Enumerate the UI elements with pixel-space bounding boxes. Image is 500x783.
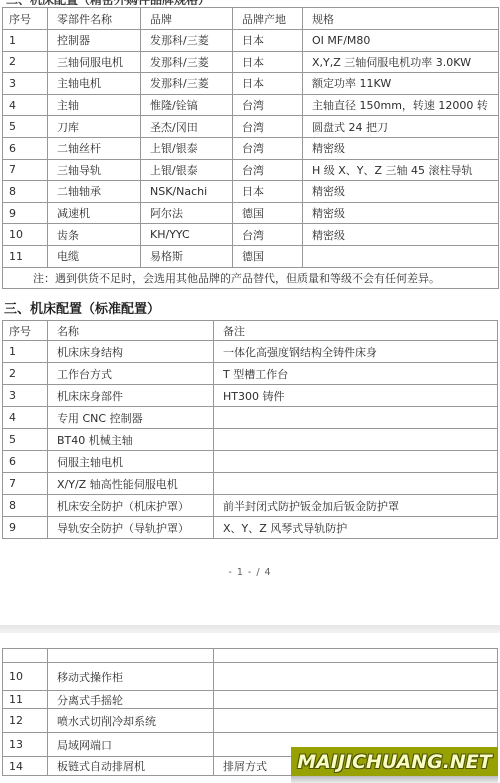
page-separator — [0, 625, 500, 633]
table-cell: BT40 机械主轴 — [48, 429, 214, 451]
table-cell: 台湾 — [233, 224, 303, 246]
watermark-text: MAIJICHUANG.NET — [297, 751, 492, 773]
table-cell: 机床床身结构 — [48, 341, 214, 363]
table-cell: 主轴直径 150mm，转速 12000 转 — [303, 94, 499, 116]
table-cell: 12 — [3, 709, 48, 733]
table-cell: 精密级 — [303, 137, 499, 159]
table-cell: 4 — [3, 407, 48, 429]
table-cell: 二轴丝杆 — [48, 137, 141, 159]
table-cell: 局域网端口 — [48, 733, 214, 757]
table-row: 9导轨安全防护（导轨护罩）X、Y、Z 风琴式导轨防护 — [3, 517, 498, 539]
table-cell: 2 — [3, 51, 48, 73]
table-row: 11电缆易格斯德国 — [3, 245, 499, 267]
table-cell: X、Y、Z 风琴式导轨防护 — [214, 517, 498, 539]
table-row: 8二轴轴承NSK/Nachi日本精密级 — [3, 181, 499, 203]
table-cell — [214, 663, 498, 691]
table-cell: 1 — [3, 341, 48, 363]
table-row: 7三轴导轨上银/银泰台湾H 级 X、Y、Z 三轴 45 滚柱导轨 — [3, 159, 499, 181]
table-cell: 德国 — [233, 202, 303, 224]
table-row: 10移动式操作柜 — [3, 663, 498, 691]
table-row: 2工作台方式T 型槽工作台 — [3, 363, 498, 385]
table-row: 6伺服主轴电机 — [3, 451, 498, 473]
table-cell: 阿尔法 — [141, 202, 233, 224]
table-cell: 三轴导轨 — [48, 159, 141, 181]
table-row: 10齿条KH/YYC台湾精密级 — [3, 224, 499, 246]
table-row: 11分离式手摇轮 — [3, 691, 498, 709]
table-cell: 6 — [3, 451, 48, 473]
column-header: 品牌 — [141, 8, 233, 30]
watermark-shadow — [291, 776, 498, 783]
table-cell: 9 — [3, 202, 48, 224]
table-cell: 10 — [3, 224, 48, 246]
table-cell: 14 — [3, 757, 48, 776]
table-cell: 工作台方式 — [48, 363, 214, 385]
table-row: 12喷水式切削冷却系统 — [3, 709, 498, 733]
watermark-banner: MAIJICHUANG.NET — [291, 747, 498, 776]
table-cell: 10 — [3, 663, 48, 691]
table-cell: 前半封闭式防护钣金加后钣金防护罩 — [214, 495, 498, 517]
table-note-row: 注：遇到供货不足时，会选用其他品牌的产品替代，但质量和等级不会有任何差异。 — [3, 267, 499, 288]
table-row: 3主轴电机发那科/三菱日本额定功率 11KW — [3, 73, 499, 95]
table-cell: 6 — [3, 137, 48, 159]
table-cell: 11 — [3, 691, 48, 709]
table-cell — [214, 709, 498, 733]
table-cell — [214, 473, 498, 495]
table-cell: 精密级 — [303, 224, 499, 246]
table-cell — [3, 649, 48, 663]
table-cell: 11 — [3, 245, 48, 267]
table-cell: 一体化高强度钢结构全铸件床身 — [214, 341, 498, 363]
table-cell: 台湾 — [233, 159, 303, 181]
table-cell: 减速机 — [48, 202, 141, 224]
table-cell: 控制器 — [48, 30, 141, 52]
scanned-document-page: 二、机床配置（精密外购件品牌规格） 序号零部件名称品牌品牌产地规格 1控制器发那… — [0, 0, 500, 783]
table-cell: 日本 — [233, 30, 303, 52]
table-cell: 三轴伺服电机 — [48, 51, 141, 73]
table-cell: 精密级 — [303, 181, 499, 203]
table-row: 1控制器发那科/三菱日本OI MF/M80 — [3, 30, 499, 52]
table-row: 8机床安全防护（机床护罩）前半封闭式防护钣金加后钣金防护罩 — [3, 495, 498, 517]
table-cell — [214, 649, 498, 663]
machine-config-table-body: 1机床床身结构一体化高强度钢结构全铸件床身2工作台方式T 型槽工作台3机床床身部… — [3, 341, 498, 539]
table-cell: 8 — [3, 495, 48, 517]
table-header-row: 序号名称备注 — [3, 321, 498, 341]
table-cell: 上银/银泰 — [141, 137, 233, 159]
table-cell: 德国 — [233, 245, 303, 267]
column-header: 零部件名称 — [48, 8, 141, 30]
column-header: 序号 — [3, 321, 48, 341]
table-cell: 精密级 — [303, 202, 499, 224]
table-row: 1机床床身结构一体化高强度钢结构全铸件床身 — [3, 341, 498, 363]
purchased-parts-table-body: 1控制器发那科/三菱日本OI MF/M802三轴伺服电机发那科/三菱日本X,Y,… — [3, 30, 499, 268]
table-cell: H 级 X、Y、Z 三轴 45 滚柱导轨 — [303, 159, 499, 181]
table-row: 5BT40 机械主轴 — [3, 429, 498, 451]
table-cell — [214, 407, 498, 429]
table-cell: 13 — [3, 733, 48, 757]
table-cell: 板链式自动排屑机 — [48, 757, 214, 776]
table-cell: 1 — [3, 30, 48, 52]
table-cell: 伺服主轴电机 — [48, 451, 214, 473]
table-row: 3机床床身部件HT300 铸件 — [3, 385, 498, 407]
table-cell — [303, 245, 499, 267]
table-cell: 日本 — [233, 73, 303, 95]
table-cell — [214, 451, 498, 473]
table-header-row: 序号零部件名称品牌品牌产地规格 — [3, 8, 499, 30]
table-row: 4专用 CNC 控制器 — [3, 407, 498, 429]
table-cell: 惟隆/铨镐 — [141, 94, 233, 116]
empty-table-row — [3, 649, 498, 663]
table-cell: 机床安全防护（机床护罩） — [48, 495, 214, 517]
table-cell: 5 — [3, 429, 48, 451]
table-cell: 二轴轴承 — [48, 181, 141, 203]
machine-config-table-header: 序号名称备注 — [3, 321, 498, 341]
table-cell: 台湾 — [233, 94, 303, 116]
table-cell: 3 — [3, 385, 48, 407]
table-cell: 喷水式切削冷却系统 — [48, 709, 214, 733]
column-header: 备注 — [214, 321, 498, 341]
purchased-parts-table: 序号零部件名称品牌品牌产地规格 1控制器发那科/三菱日本OI MF/M802三轴… — [2, 7, 499, 289]
table-row: 9减速机阿尔法德国精密级 — [3, 202, 499, 224]
table-cell: 额定功率 11KW — [303, 73, 499, 95]
table-cell: KH/YYC — [141, 224, 233, 246]
table-cell: HT300 铸件 — [214, 385, 498, 407]
table-cell — [214, 691, 498, 709]
table-cell: 齿条 — [48, 224, 141, 246]
table-cell: 9 — [3, 517, 48, 539]
table-cell: 上银/银泰 — [141, 159, 233, 181]
table-cell: 圣杰/冈田 — [141, 116, 233, 138]
column-header: 名称 — [48, 321, 214, 341]
table-cell: 日本 — [233, 181, 303, 203]
table-cell: 台湾 — [233, 137, 303, 159]
table-cell: 发那科/三菱 — [141, 30, 233, 52]
section-title: 三、机床配置（标准配置） — [4, 298, 160, 317]
table-cell: T 型槽工作台 — [214, 363, 498, 385]
table-cell: 5 — [3, 116, 48, 138]
table-cell: 日本 — [233, 51, 303, 73]
purchased-parts-table-header: 序号零部件名称品牌品牌产地规格 — [3, 8, 499, 30]
table-cell: 4 — [3, 94, 48, 116]
table-cell: 导轨安全防护（导轨护罩） — [48, 517, 214, 539]
table-cell: 机床床身部件 — [48, 385, 214, 407]
table-cell: 主轴 — [48, 94, 141, 116]
table-row: 7X/Y/Z 轴高性能伺服电机 — [3, 473, 498, 495]
table-cell: 8 — [3, 181, 48, 203]
table-cell: 3 — [3, 73, 48, 95]
table-cell: 专用 CNC 控制器 — [48, 407, 214, 429]
table-cell: 7 — [3, 473, 48, 495]
table-cell: X,Y,Z 三轴伺服电机功率 3.0KW — [303, 51, 499, 73]
table-row: 4主轴惟隆/铨镐台湾主轴直径 150mm，转速 12000 转 — [3, 94, 499, 116]
machine-config-table: 序号名称备注 1机床床身结构一体化高强度钢结构全铸件床身2工作台方式T 型槽工作… — [2, 320, 498, 539]
column-header: 序号 — [3, 8, 48, 30]
table-row: 6二轴丝杆上银/银泰台湾精密级 — [3, 137, 499, 159]
page-number: - 1 - / 4 — [0, 567, 500, 578]
table-cell — [214, 429, 498, 451]
table-cell: 电缆 — [48, 245, 141, 267]
table-cell: 2 — [3, 363, 48, 385]
clipped-section-title-text: 二、机床配置（精密外购件品牌规格） — [6, 0, 256, 5]
table-cell: 分离式手摇轮 — [48, 691, 214, 709]
column-header: 品牌产地 — [233, 8, 303, 30]
table-cell — [48, 649, 214, 663]
table-cell: 发那科/三菱 — [141, 51, 233, 73]
table-cell: 移动式操作柜 — [48, 663, 214, 691]
table-cell: 7 — [3, 159, 48, 181]
table-cell: 发那科/三菱 — [141, 73, 233, 95]
table-cell: NSK/Nachi — [141, 181, 233, 203]
table-note: 注：遇到供货不足时，会选用其他品牌的产品替代，但质量和等级不会有任何差异。 — [3, 267, 499, 288]
table-row: 5刀库圣杰/冈田台湾圆盘式 24 把刀 — [3, 116, 499, 138]
column-header: 规格 — [303, 8, 499, 30]
table-cell: 易格斯 — [141, 245, 233, 267]
table-cell: OI MF/M80 — [303, 30, 499, 52]
table-cell: 主轴电机 — [48, 73, 141, 95]
table-cell: 台湾 — [233, 116, 303, 138]
table-cell: 圆盘式 24 把刀 — [303, 116, 499, 138]
table-row: 2三轴伺服电机发那科/三菱日本X,Y,Z 三轴伺服电机功率 3.0KW — [3, 51, 499, 73]
table-cell: X/Y/Z 轴高性能伺服电机 — [48, 473, 214, 495]
clipped-section-title: 二、机床配置（精密外购件品牌规格） — [6, 0, 256, 5]
table-cell: 刀库 — [48, 116, 141, 138]
